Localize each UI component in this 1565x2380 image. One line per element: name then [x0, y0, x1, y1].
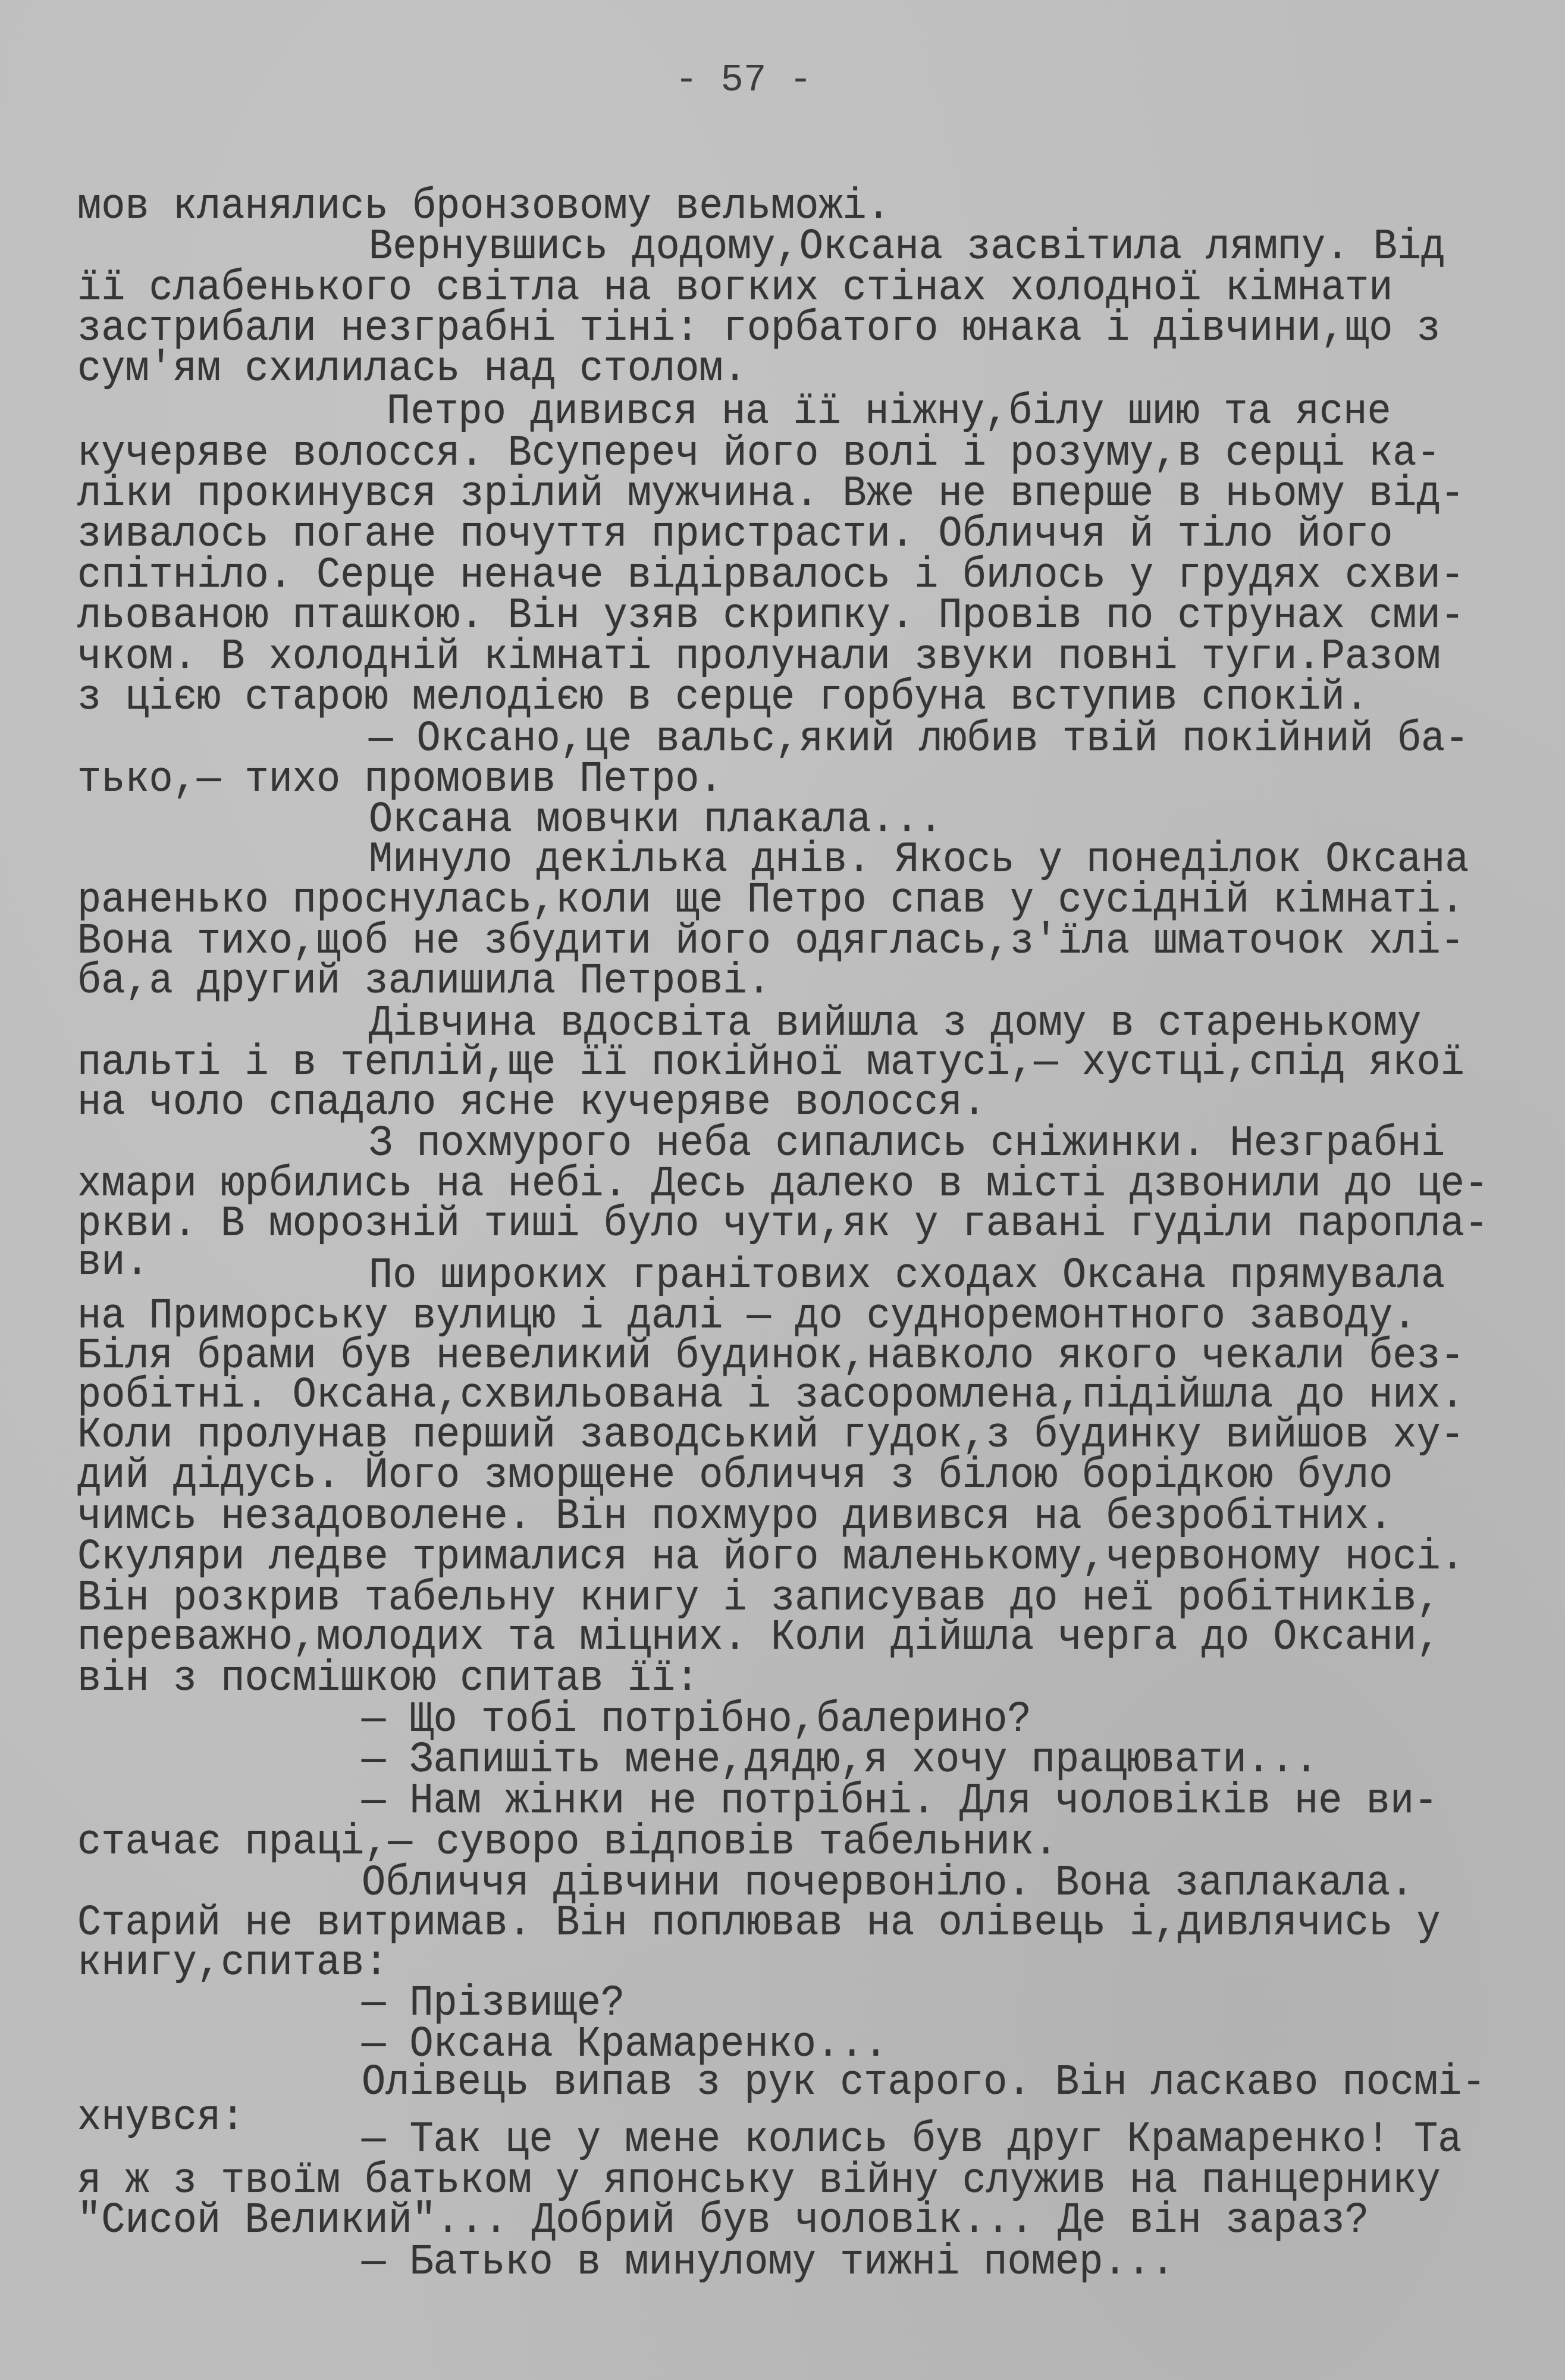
text-line: ви.: [77, 1240, 149, 1285]
text-line: Олівець випав з рук старого. Він ласкаво…: [362, 2060, 1486, 2105]
text-line: — Прізвище?: [362, 1981, 625, 2026]
text-line: він з посмішкою спитав її:: [77, 1656, 699, 1701]
text-line: зивалось погане почуття пристрасти. Обли…: [77, 512, 1392, 557]
text-line: — Нам жінки не потрібні. Для чоловіків н…: [362, 1778, 1438, 1824]
text-line: на чоло спадало ясне кучеряве волосся.: [77, 1080, 986, 1125]
text-line: Скуляри ледве трималися на його маленько…: [77, 1535, 1464, 1580]
text-line: Петро дивився на її ніжну,білу шию та яс…: [387, 389, 1391, 434]
text-line: — Батько в минулому тижні помер...: [362, 2240, 1175, 2285]
text-line: Вернувшись додому,Оксана засвітила лямпу…: [369, 224, 1445, 270]
text-line: стачає праці,— суворо відповів табельник…: [77, 1820, 1058, 1865]
text-line: дий дідусь. Його зморщене обличчя з біло…: [77, 1453, 1392, 1498]
text-line: — Так це у мене колись був друг Крамарен…: [362, 2117, 1462, 2162]
text-line: "Сисой Великий"... Добрий був чоловік...…: [77, 2198, 1369, 2243]
text-line: сум'ям схилилась над столом.: [77, 346, 747, 392]
typewritten-page: - 57 - мов кланялись бронзовому вельможі…: [0, 0, 1565, 2380]
text-line: книгу,спитав:: [77, 1940, 388, 1986]
text-line: — Запишіть мене,дядю,я хочу працювати...: [362, 1737, 1318, 1783]
text-line: льованою пташкою. Він узяв скрипку. Пров…: [77, 593, 1464, 638]
text-line: ба,а другий залишила Петрові.: [77, 959, 771, 1004]
text-line: хнувся:: [77, 2095, 244, 2140]
page-number: - 57 -: [0, 59, 1487, 102]
text-line: з цією старою мелодією в серце горбуна в…: [77, 675, 1369, 720]
text-line: ркви. В морозній тиші було чути,як у гав…: [77, 1201, 1488, 1247]
text-line: раненько проснулась,коли ще Петро спав у…: [77, 878, 1464, 923]
text-line: переважно,молодих та міцних. Коли дійшла…: [77, 1615, 1441, 1660]
